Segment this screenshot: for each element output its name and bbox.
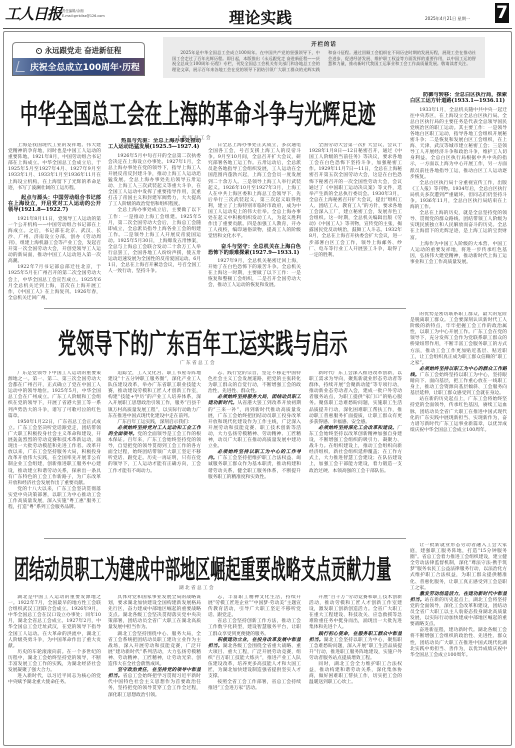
- intro-text: 2025年是中华全国总工会成立100周年。在中国共产党的坚强领导下，中国工会走过…: [163, 48, 485, 72]
- paragraph: 必须始终坚持以职工为中心的工作导向。广东工会坚持把维护职工合法权益、竭诚服务职工…: [208, 450, 301, 480]
- paragraph: 湖北工会坚持围绕中心、服务大局，全省工会系统把团结动员职工建功立业作为主战场，深…: [108, 632, 201, 669]
- paragraph: 1927年9月，全总机关秘密迁回上海，开始了在白色恐怖下的艰苦斗争。全总机关在上…: [208, 259, 301, 289]
- subheading: 防御与转移：全总白区执行局，探索白区工运方针道路(1933.1—1936.11): [410, 92, 507, 105]
- subheading: 热血与先驱：全总上海办事处推动工人运动迅猛发展(1925.5—1927.4): [108, 138, 201, 151]
- banner-slogan: 永远跟党走 奋进新征程: [45, 45, 121, 56]
- paragraph: 志，丰富职工精神文化生活，持续开展“劳模工匠进企业”“中国梦·劳动美”主题宣传教…: [208, 595, 301, 619]
- paragraph: 1922年7月书记部总部迁往北京，于1925年5月在广州召开的第二次全国劳动大会…: [8, 265, 101, 302]
- paragraph: 坚守政治责任，在坚持党的领导中彰显担当。省总工会始终把学习贯彻习近平新时代中国特…: [108, 668, 201, 698]
- paragraph: 全总在上海的历史，就是全总坚持党的领导、贯彻党的群众路线、团结带领工人阶级为实现…: [410, 211, 507, 241]
- paragraph-text: 广东工会始终坚持以改革创新精神加强自身建设，不断增强工会组织的吸引力、凝聚力、战…: [309, 426, 402, 474]
- page-number: 7: [495, 3, 509, 23]
- article-3-byline: 湖北省总工会: [137, 585, 257, 591]
- paragraph-text: 广东工会坚持把维护职工合法权益、竭诚服务职工群众作为基本职责，推动构建和谐劳动关…: [208, 456, 301, 479]
- banner-band: 庆祝全总成立100周年·历程: [12, 58, 145, 76]
- paragraph: 追踪全，工人文化宫、职工书屋等阵地建设“十五分钟职工服务圈”，深化产业工人队伍建…: [108, 371, 201, 420]
- article-1-column-4: 全国劳动大会第一次扩大会议，会议于1928年1月8日—12日秘密召开，通过《中国…: [309, 143, 402, 303]
- paragraph-text: 站在新的历史起点上，湖北工会将坚持党的全面领导，深化工会改革和建设，团结动员全省…: [410, 598, 507, 627]
- paragraph-text: 省总工会始终把学习贯彻习近平新时代中国特色社会主义思想作为首要政治任务，坚持把党…: [108, 674, 201, 697]
- paragraph: 激发劳动创造活力，在建功新时代中彰显担当。站在新的历史起点上，湖北工会将坚持党的…: [410, 592, 507, 629]
- paragraph: 1933年1月，全总机关随中共中央一起迁往中央苏区，在上海设立全总白区执行局。全…: [410, 108, 507, 181]
- paragraph: 省总工会坚持创新工作方法，推动工会工作数字化转型，建设智慧服务平台，让职工群众享…: [208, 619, 301, 637]
- intro-title: 开栏的话: [163, 40, 485, 48]
- paragraph: 湖北是中国工人运动的重要发源地之一。1922年7月，全国最早的地方性工会联合组织…: [8, 595, 101, 650]
- acftu-emblem-icon: [36, 48, 42, 54]
- paragraph: 奋进新征程，建功新时代。湖北各级工会将不断增强工会组织的政治性、先进性、群众性，…: [410, 628, 507, 658]
- paragraph: 1921年8月11日，党领导工人运动的第一个公开机构——中国劳动组合书记部在上海…: [8, 217, 101, 266]
- article-2-byline: 广东省总工会: [138, 360, 258, 366]
- lead-in: 必须始终坚持深化工会改革和建设。: [318, 426, 397, 431]
- paragraph: 践行初心使命，在服务职工群众中彰显担当。湖北工会坚持以职工为中心，聚焦职工急难愁…: [309, 632, 402, 662]
- paragraph: 上海是我国现代工业的发祥地、伟大建党精神的孕育地，同时也是中国工人运动的重要阵地…: [8, 143, 101, 192]
- paragraph-text: 广东工会始终坚持以职工为中心，坚持眼睛向下、面向基层，把工作重心放在一线职工身上…: [410, 373, 507, 396]
- article-3-column-2: 具体对党和国家事业发展全局的战略谋划，要求湖北加快建设全国构建新发展格局先行区，…: [108, 595, 201, 742]
- article-2-headline: 党领导下的广东百年工运实践与启示: [58, 323, 348, 362]
- column-banner: 永远跟党走 奋进新征程 庆祝全总成立100周年·历程: [12, 42, 145, 75]
- subheading: 起点与源头：中国劳动组合书记部在上海设立，开启党对工人运动的公开领导(1921.…: [8, 195, 101, 214]
- article-3-headline: 团结动员职工为建成中部地区崛起重要战略支点贡献力量: [14, 551, 391, 587]
- paragraph-text: 湖北工会坚持以职工为中心，聚焦职工急难愁盼问题，深入开展“职工生活品质提升”行动…: [309, 638, 402, 661]
- paragraph: 同时，湖北工会全力维护职工合法权益，推动构建和谐劳动关系，深化集体协商，做好困难…: [309, 662, 402, 686]
- paragraph: 按照全省工会工作部署，省总工会持续推进“工会进万家”活动。: [208, 680, 301, 692]
- article-divider: [44, 308, 406, 309]
- paragraph: 上海作为中国工人阶级的大本营、中国工人运动的重要发祥地，将进一步传承红色基因，弘…: [410, 242, 507, 266]
- subheading: 奋斗与坚守：全总机关在上海白色恐怖下的艰难探索(1927.9—1933.1): [208, 244, 301, 257]
- decoration-icon: [16, 61, 28, 72]
- issue-date: 2025年4月21日 星期一: [425, 16, 470, 22]
- article-1-column-5: 防御与转移：全总白区执行局，探索白区工运方针道路(1933.1—1936.11)…: [410, 92, 507, 303]
- paragraph: 1926年5月中旬召开的全总第二次执委会决定在上海设立办事处。1927年1月，全…: [108, 154, 201, 209]
- paragraph: 站在新的历史起点上，广东工会将始终坚持党的全面领导，传承红色基因，赓续工运血脉，…: [410, 397, 507, 434]
- article-3-column-3: 志，丰富职工精神文化生活，持续开展“劳模工匠进企业”“中国梦·劳动美”主题宣传教…: [208, 595, 301, 742]
- article-3-column-4: 开展“百千万”劳动竞赛和职工技术创新活动，推动劳模和工匠人才创新工作室建设，激发…: [309, 595, 402, 742]
- paragraph: 全国劳动大会第一次扩大会议，会议于1928年1月8日—12日秘密召开，通过《中国…: [309, 143, 402, 259]
- paragraph: 必须始终坚持党对工人运动和工会工作的全面领导。党的全面领导是工会工作的根本保证。…: [108, 426, 201, 475]
- paragraph: 全总白区执行局十分重视宣传工作，出版《工人报》等刊物。1934年后，全总白区执行…: [410, 181, 507, 211]
- newspaper-logo: 工人日报: [5, 3, 61, 24]
- banner-top: 永远跟党走 奋进新征程: [12, 42, 145, 58]
- header-divider: [3, 28, 512, 29]
- paragraph: 1950年1月22日，广东省总工会正式成立。广东工会坚决听党话跟党走，团结带领广…: [8, 420, 101, 487]
- article-divider: [44, 538, 406, 539]
- banner-title: 庆祝全总成立100周年·历程: [30, 60, 140, 73]
- paragraph: 志、践行党的宗旨，坚定不移走中国特色社会主义工会发展道路，把党的主张转化为职工群…: [208, 371, 301, 395]
- article-3-column-5: 让一批新就业形态劳动者融入工会大家庭，建强职工服务阵地，打造“15分钟服务圈”。…: [410, 543, 507, 742]
- article-2-column-4: 新时代广东工会深入推进改革创新，以职工需求为导向，聚焦新就业形态劳动者等群体，持…: [309, 371, 402, 531]
- paragraph-text: 湖北各级工会围绕全省重大战略、重大项目、重大工程，广泛开展劳动竞赛，组织“百万职…: [208, 644, 301, 679]
- paragraph: 的优势是密切联系职工群众，最大的危险是脱离职工群众。工会要深刻认识新时代工人阶级…: [410, 312, 507, 367]
- article-1-headline: 中华全国总工会在上海的革命斗争与光辉足迹: [20, 95, 376, 133]
- editor-info: 责任编辑/余湘 E-mail:grrbllsx@126.com: [62, 9, 105, 19]
- paragraph: 广东是党领导下中国工人运动的重要策源地之一。第一、第二、第三次全国劳动大会都在广…: [8, 371, 101, 420]
- paragraph: 必须始终坚持服务大局，团结动员职工建功新时代。从省港大罢工到改革开放初期的“三来…: [208, 395, 301, 450]
- column-intro-box: 开栏的话 2025年是中华全国总工会成立100周年。在中国共产党的坚强领导下，中…: [163, 37, 485, 78]
- article-1-column-2: 热血与先驱：全总上海办事处推动工人运动迅猛发展(1925.5—1927.4) 1…: [108, 138, 201, 303]
- paragraph: 历史的车轮滚滚向前。在一个多世纪的历程中，湖北工会始终坚持党的领导，不断丰富发展…: [8, 650, 101, 674]
- article-1-column-1: 上海是我国现代工业的发祥地、伟大建党精神的孕育地，同时也是中国工人运动的重要阵地…: [8, 143, 101, 303]
- paragraph: 党的十八大以来，广东工会坚决贯彻落实党中央决策部署，以职工为中心推动工会工作高质…: [8, 487, 101, 511]
- paragraph: 必须始终坚持深化工会改革和建设。广东工会始终坚持以改革创新精神加强自身建设，不断…: [309, 426, 402, 475]
- paragraph: 具体对党和国家事业发展全局的战略谋划，要求湖北加快建设全国构建新发展格局先行区，…: [108, 595, 201, 632]
- paragraph: 必须始终坚持以职工为中心的群众工作路线。广东工会始终坚持以职工为中心，坚持眼睛向…: [410, 367, 507, 397]
- paragraph: 日全总上海办事处正式成立，多次通电全国各工会，号召支援上海工人的反帝斗争。9月至…: [208, 143, 301, 241]
- article-2-column-1: 广东是党领导下中国工人运动的重要策源地之一。第一、第二、第三次全国劳动大会都在广…: [8, 371, 101, 531]
- article-3-column-1: 湖北是中国工人运动的重要发源地之一。1922年7月，全国最早的地方性工会联合组织…: [8, 595, 101, 742]
- paragraph: 开展“百千万”劳动竞赛和职工技术创新活动，推动劳模和工匠人才创新工作室建设，激发…: [309, 595, 402, 632]
- paragraph: 新时代广东工会深入推进改革创新，以职工需求为导向，聚焦新就业形态劳动者等群体，持…: [309, 371, 402, 426]
- paragraph-text: 从省港大罢工到改革开放初期的“三来一补”，再到新时代推动高质量发展，广东工会始终…: [208, 401, 301, 449]
- article-2-column-2: 追踪全，工人文化宫、职工书屋等阵地建设“十五分钟职工服务圈”，深化产业工人队伍建…: [108, 371, 201, 531]
- paragraph: 让一批新就业形态劳动者融入工会大家庭，建强职工服务阵地，打造“15分钟服务圈”。…: [410, 543, 507, 592]
- paragraph-text: 党的全面领导是工会工作的根本保证。百年来，广东工会始终坚持党的领导，自觉把党的领…: [108, 432, 201, 474]
- paragraph: 全总上海办事处成立后，主要做了以下工作：一是推动上海工会组建。1925年5月，第…: [108, 208, 201, 275]
- article-1-column-3: 日全总上海办事处正式成立，多次通电全国各工会，号召支援上海工人的反帝斗争。9月至…: [208, 143, 301, 303]
- editor-email: E-mail:grrbllsx@126.com: [62, 14, 105, 19]
- article-2-column-3: 志、践行党的宗旨，坚定不移走中国特色社会主义工会发展道路，把党的主张转化为职工群…: [208, 371, 301, 531]
- article-2-column-5: 的优势是密切联系职工群众，最大的危险是脱离职工群众。工会要深刻认识新时代工人阶级…: [410, 312, 507, 531]
- paragraph: 积极建功立业，在投身改革发展中彰显担当。湖北各级工会围绕全省重大战略、重大项目、…: [208, 638, 301, 681]
- section-title: 理论实践: [229, 6, 292, 28]
- paragraph: 进入新时代，以习近平同志为核心的党中央赋予湖北重大使命任务。: [8, 674, 101, 686]
